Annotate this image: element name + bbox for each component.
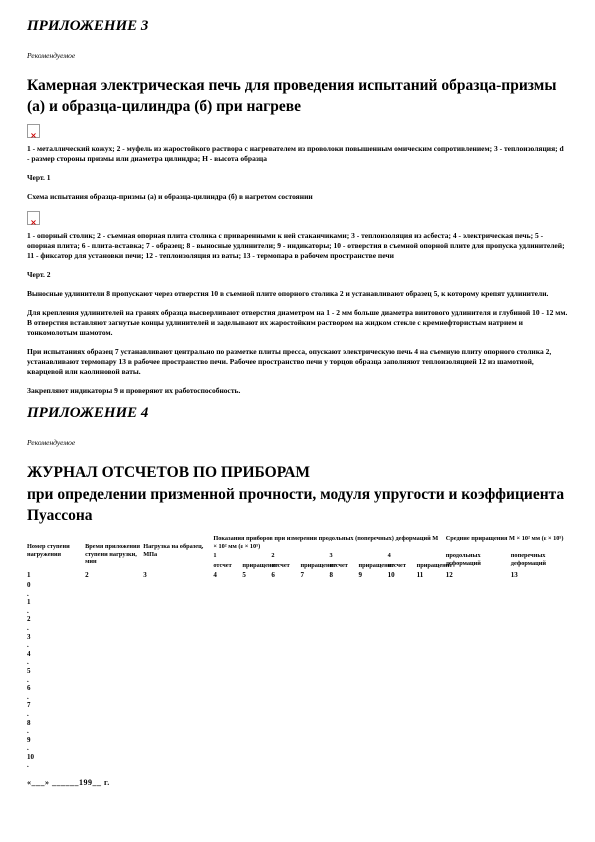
table-row: . <box>27 641 568 650</box>
empty-cell <box>388 633 417 642</box>
stage-number-cell: . <box>27 590 85 599</box>
empty-cell <box>143 650 213 659</box>
stage-number-cell: . <box>27 607 85 616</box>
figure2-label: Черт. 2 <box>27 270 568 280</box>
empty-cell <box>242 684 271 693</box>
empty-cell <box>511 701 568 710</box>
figure2-image-row: × <box>27 211 568 226</box>
empty-cell <box>359 650 388 659</box>
column-number: 9 <box>359 571 388 581</box>
empty-cell <box>300 753 329 762</box>
empty-cell <box>242 581 271 590</box>
empty-cell <box>446 710 511 719</box>
empty-cell <box>417 701 446 710</box>
empty-cell <box>143 633 213 642</box>
empty-cell <box>330 701 359 710</box>
empty-cell <box>330 761 359 770</box>
empty-cell <box>271 710 300 719</box>
empty-cell <box>85 607 143 616</box>
empty-cell <box>242 590 271 599</box>
empty-cell <box>85 719 143 728</box>
empty-cell <box>271 753 300 762</box>
figure2-broken-image: × <box>27 211 40 225</box>
empty-cell <box>388 658 417 667</box>
stage-number-cell: 9 <box>27 736 85 745</box>
empty-cell <box>271 693 300 702</box>
empty-cell <box>300 598 329 607</box>
empty-cell <box>417 761 446 770</box>
empty-cell <box>511 590 568 599</box>
empty-cell <box>300 633 329 642</box>
column-number: 12 <box>446 571 511 581</box>
empty-cell <box>143 693 213 702</box>
col-header-transverse: поперечных деформаций <box>511 552 568 571</box>
empty-cell <box>511 676 568 685</box>
stage-number-cell: . <box>27 693 85 702</box>
table-row: . <box>27 693 568 702</box>
empty-cell <box>85 581 143 590</box>
empty-cell <box>85 598 143 607</box>
empty-cell <box>242 719 271 728</box>
empty-cell <box>417 590 446 599</box>
empty-cell <box>143 761 213 770</box>
empty-cell <box>143 581 213 590</box>
empty-cell <box>417 693 446 702</box>
empty-cell <box>511 727 568 736</box>
empty-cell <box>511 641 568 650</box>
empty-cell <box>446 676 511 685</box>
empty-cell <box>446 736 511 745</box>
empty-cell <box>330 744 359 753</box>
empty-cell <box>85 590 143 599</box>
empty-cell <box>417 607 446 616</box>
empty-cell <box>511 667 568 676</box>
empty-cell <box>388 641 417 650</box>
stage-number-cell: 2 <box>27 615 85 624</box>
stage-number-cell: . <box>27 641 85 650</box>
empty-cell <box>143 667 213 676</box>
figure1-image-row: × <box>27 124 568 139</box>
empty-cell <box>300 590 329 599</box>
sub-header-reading: отсчет <box>213 562 242 572</box>
empty-cell <box>330 624 359 633</box>
empty-cell <box>388 736 417 745</box>
column-number: 3 <box>143 571 213 581</box>
empty-cell <box>242 615 271 624</box>
empty-cell <box>300 650 329 659</box>
empty-cell <box>85 727 143 736</box>
empty-cell <box>213 641 242 650</box>
column-number: 8 <box>330 571 359 581</box>
empty-cell <box>511 710 568 719</box>
empty-cell <box>300 624 329 633</box>
empty-cell <box>388 744 417 753</box>
empty-cell <box>446 684 511 693</box>
table-row: . <box>27 590 568 599</box>
empty-cell <box>85 624 143 633</box>
empty-cell <box>511 744 568 753</box>
empty-cell <box>271 581 300 590</box>
empty-cell <box>143 727 213 736</box>
table-row: . <box>27 607 568 616</box>
empty-cell <box>85 633 143 642</box>
empty-cell <box>271 641 300 650</box>
empty-cell <box>417 667 446 676</box>
col-header-averages: Средние приращения М × 10² мм (ε × 10⁵) <box>446 535 568 552</box>
empty-cell <box>511 693 568 702</box>
empty-cell <box>511 684 568 693</box>
empty-cell <box>213 727 242 736</box>
col-header-load: Нагрузка на образец, МПа <box>143 535 213 571</box>
stage-number-cell: 6 <box>27 684 85 693</box>
empty-cell <box>300 676 329 685</box>
empty-cell <box>271 736 300 745</box>
empty-cell <box>388 676 417 685</box>
empty-cell <box>242 701 271 710</box>
empty-cell <box>330 710 359 719</box>
figure1-label: Черт. 1 <box>27 173 568 183</box>
stage-number-cell: 0 <box>27 581 85 590</box>
stage-number-cell: . <box>27 727 85 736</box>
empty-cell <box>446 615 511 624</box>
empty-cell <box>85 710 143 719</box>
empty-cell <box>300 641 329 650</box>
empty-cell <box>330 736 359 745</box>
empty-cell <box>446 753 511 762</box>
table-header-row-1: Номер ступени нагружения Время приложени… <box>27 535 568 552</box>
empty-cell <box>300 615 329 624</box>
empty-cell <box>271 598 300 607</box>
empty-cell <box>417 598 446 607</box>
stage-number-cell: 1 <box>27 598 85 607</box>
broken-image-icon: × <box>30 218 37 227</box>
empty-cell <box>85 650 143 659</box>
empty-cell <box>388 590 417 599</box>
empty-cell <box>388 667 417 676</box>
empty-cell <box>143 658 213 667</box>
empty-cell <box>359 693 388 702</box>
empty-cell <box>213 684 242 693</box>
gauge-group-2: 2 <box>271 552 329 562</box>
empty-cell <box>85 744 143 753</box>
empty-cell <box>511 615 568 624</box>
empty-cell <box>143 753 213 762</box>
empty-cell <box>330 693 359 702</box>
empty-cell <box>213 633 242 642</box>
col-header-time: Время приложения ступени нагрузки, мин <box>85 535 143 571</box>
column-number: 13 <box>511 571 568 581</box>
empty-cell <box>359 641 388 650</box>
gauge-group-1: 1 <box>213 552 271 562</box>
empty-cell <box>242 693 271 702</box>
empty-cell <box>417 719 446 728</box>
empty-cell <box>242 633 271 642</box>
paragraph-fastening: Для крепления удлинителей на гранях обра… <box>27 308 568 338</box>
appendix4-title-line1: ЖУРНАЛ ОТСЧЕТОВ ПО ПРИБОРАМ <box>27 462 568 484</box>
appendix3-heading: ПРИЛОЖЕНИЕ 3 <box>27 18 568 34</box>
empty-cell <box>511 598 568 607</box>
empty-cell <box>242 736 271 745</box>
empty-cell <box>300 719 329 728</box>
empty-cell <box>242 650 271 659</box>
empty-cell <box>417 684 446 693</box>
empty-cell <box>417 676 446 685</box>
empty-cell <box>511 658 568 667</box>
empty-cell <box>85 684 143 693</box>
date-line: «___» ______199__ г. <box>27 778 568 788</box>
empty-cell <box>300 667 329 676</box>
column-number: 6 <box>271 571 300 581</box>
empty-cell <box>417 658 446 667</box>
empty-cell <box>359 701 388 710</box>
col-header-longitudinal: продольных деформаций <box>446 552 511 571</box>
empty-cell <box>417 753 446 762</box>
empty-cell <box>300 693 329 702</box>
empty-cell <box>271 633 300 642</box>
empty-cell <box>446 693 511 702</box>
empty-cell <box>271 667 300 676</box>
empty-cell <box>242 753 271 762</box>
empty-cell <box>330 667 359 676</box>
empty-cell <box>271 658 300 667</box>
empty-cell <box>417 650 446 659</box>
empty-cell <box>143 676 213 685</box>
empty-cell <box>417 615 446 624</box>
stage-number-cell: 5 <box>27 667 85 676</box>
table-row: 7 <box>27 701 568 710</box>
empty-cell <box>242 761 271 770</box>
empty-cell <box>300 736 329 745</box>
table-row: . <box>27 761 568 770</box>
sub-header-increment: приращение <box>417 562 446 572</box>
table-row: . <box>27 676 568 685</box>
empty-cell <box>213 650 242 659</box>
empty-cell <box>143 624 213 633</box>
stage-number-cell: . <box>27 744 85 753</box>
empty-cell <box>388 753 417 762</box>
empty-cell <box>359 710 388 719</box>
empty-cell <box>417 581 446 590</box>
table-body: 0.1.2.3.4.5.6.7.8.9.10. <box>27 581 568 770</box>
empty-cell <box>330 590 359 599</box>
empty-cell <box>300 710 329 719</box>
empty-cell <box>143 736 213 745</box>
table-row: 1 <box>27 598 568 607</box>
table-row: . <box>27 624 568 633</box>
empty-cell <box>213 615 242 624</box>
empty-cell <box>388 624 417 633</box>
empty-cell <box>511 607 568 616</box>
empty-cell <box>359 761 388 770</box>
empty-cell <box>213 736 242 745</box>
empty-cell <box>446 719 511 728</box>
empty-cell <box>388 684 417 693</box>
empty-cell <box>359 744 388 753</box>
empty-cell <box>213 753 242 762</box>
empty-cell <box>143 598 213 607</box>
empty-cell <box>213 676 242 685</box>
empty-cell <box>242 624 271 633</box>
empty-cell <box>388 598 417 607</box>
empty-cell <box>300 701 329 710</box>
empty-cell <box>388 701 417 710</box>
empty-cell <box>359 581 388 590</box>
table-row: 6 <box>27 684 568 693</box>
stage-number-cell: 8 <box>27 719 85 728</box>
paragraph-testing: При испытаниях образец 7 устанавливают ц… <box>27 347 568 377</box>
sub-header-increment: приращение <box>300 562 329 572</box>
stage-number-cell: 3 <box>27 633 85 642</box>
empty-cell <box>446 658 511 667</box>
column-number: 4 <box>213 571 242 581</box>
empty-cell <box>330 676 359 685</box>
column-number: 2 <box>85 571 143 581</box>
table-row: 4 <box>27 650 568 659</box>
appendix4-title-line2: при определении призменной прочности, мо… <box>27 484 568 526</box>
empty-cell <box>359 676 388 685</box>
empty-cell <box>388 581 417 590</box>
empty-cell <box>359 736 388 745</box>
empty-cell <box>388 761 417 770</box>
figure1-broken-image: × <box>27 124 40 138</box>
empty-cell <box>359 667 388 676</box>
empty-cell <box>242 710 271 719</box>
empty-cell <box>417 744 446 753</box>
empty-cell <box>85 701 143 710</box>
empty-cell <box>511 753 568 762</box>
empty-cell <box>143 641 213 650</box>
empty-cell <box>271 684 300 693</box>
document-page: ПРИЛОЖЕНИЕ 3 Рекомендуемое Камерная элек… <box>0 0 595 842</box>
empty-cell <box>388 650 417 659</box>
empty-cell <box>242 658 271 667</box>
table-row: 3 <box>27 633 568 642</box>
table-row: . <box>27 727 568 736</box>
column-number: 11 <box>417 571 446 581</box>
paragraph-extenders: Выносные удлинители 8 пропускают через о… <box>27 289 568 299</box>
appendix4-note: Рекомендуемое <box>27 438 568 447</box>
empty-cell <box>330 581 359 590</box>
figure2-caption: 1 - опорный столик; 2 - съемная опорная … <box>27 231 568 261</box>
empty-cell <box>271 701 300 710</box>
empty-cell <box>511 624 568 633</box>
empty-cell <box>359 633 388 642</box>
empty-cell <box>85 736 143 745</box>
empty-cell <box>330 650 359 659</box>
empty-cell <box>85 761 143 770</box>
table-row: 9 <box>27 736 568 745</box>
empty-cell <box>446 727 511 736</box>
stage-number-cell: . <box>27 761 85 770</box>
empty-cell <box>388 607 417 616</box>
table-row: 2 <box>27 615 568 624</box>
empty-cell <box>271 607 300 616</box>
gauge-group-3: 3 <box>330 552 388 562</box>
empty-cell <box>213 719 242 728</box>
empty-cell <box>143 684 213 693</box>
empty-cell <box>359 615 388 624</box>
empty-cell <box>446 633 511 642</box>
empty-cell <box>417 727 446 736</box>
empty-cell <box>300 744 329 753</box>
empty-cell <box>300 607 329 616</box>
empty-cell <box>213 693 242 702</box>
empty-cell <box>242 744 271 753</box>
empty-cell <box>330 598 359 607</box>
table-column-numbers-row: 1 2 3 4 5 6 7 8 9 10 11 12 13 <box>27 571 568 581</box>
empty-cell <box>446 650 511 659</box>
empty-cell <box>242 727 271 736</box>
empty-cell <box>359 684 388 693</box>
column-number: 10 <box>388 571 417 581</box>
empty-cell <box>143 615 213 624</box>
empty-cell <box>300 658 329 667</box>
empty-cell <box>359 598 388 607</box>
stage-number-cell: 10 <box>27 753 85 762</box>
empty-cell <box>330 658 359 667</box>
empty-cell <box>271 650 300 659</box>
empty-cell <box>143 744 213 753</box>
stage-number-cell: 4 <box>27 650 85 659</box>
appendix3-title: Камерная электрическая печь для проведен… <box>27 75 568 117</box>
empty-cell <box>271 676 300 685</box>
sub-header-reading: отсчет <box>388 562 417 572</box>
figure1-caption: 1 - металлический кожух; 2 - муфель из ж… <box>27 144 568 164</box>
empty-cell <box>85 658 143 667</box>
readings-journal-table: Номер ступени нагружения Время приложени… <box>27 535 568 770</box>
empty-cell <box>271 727 300 736</box>
sub-header-increment: приращение <box>359 562 388 572</box>
empty-cell <box>143 607 213 616</box>
empty-cell <box>213 581 242 590</box>
empty-cell <box>300 727 329 736</box>
empty-cell <box>511 650 568 659</box>
empty-cell <box>330 615 359 624</box>
sub-header-reading: отсчет <box>271 562 300 572</box>
empty-cell <box>271 590 300 599</box>
column-number: 1 <box>27 571 85 581</box>
empty-cell <box>213 701 242 710</box>
empty-cell <box>213 598 242 607</box>
table-row: 10 <box>27 753 568 762</box>
table-row: . <box>27 744 568 753</box>
appendix4-heading: ПРИЛОЖЕНИЕ 4 <box>27 405 568 421</box>
empty-cell <box>359 590 388 599</box>
empty-cell <box>359 719 388 728</box>
empty-cell <box>242 676 271 685</box>
empty-cell <box>143 719 213 728</box>
empty-cell <box>213 658 242 667</box>
paragraph-indicators: Закрепляют индикаторы 9 и проверяют их р… <box>27 386 568 396</box>
figure2-title: Схема испытания образца-призмы (а) и обр… <box>27 192 568 202</box>
stage-number-cell: 7 <box>27 701 85 710</box>
stage-number-cell: . <box>27 658 85 667</box>
empty-cell <box>359 624 388 633</box>
empty-cell <box>446 761 511 770</box>
empty-cell <box>242 667 271 676</box>
empty-cell <box>359 658 388 667</box>
empty-cell <box>388 615 417 624</box>
empty-cell <box>330 607 359 616</box>
empty-cell <box>213 710 242 719</box>
empty-cell <box>446 624 511 633</box>
empty-cell <box>446 607 511 616</box>
empty-cell <box>242 607 271 616</box>
empty-cell <box>446 744 511 753</box>
empty-cell <box>388 710 417 719</box>
empty-cell <box>511 719 568 728</box>
empty-cell <box>388 719 417 728</box>
